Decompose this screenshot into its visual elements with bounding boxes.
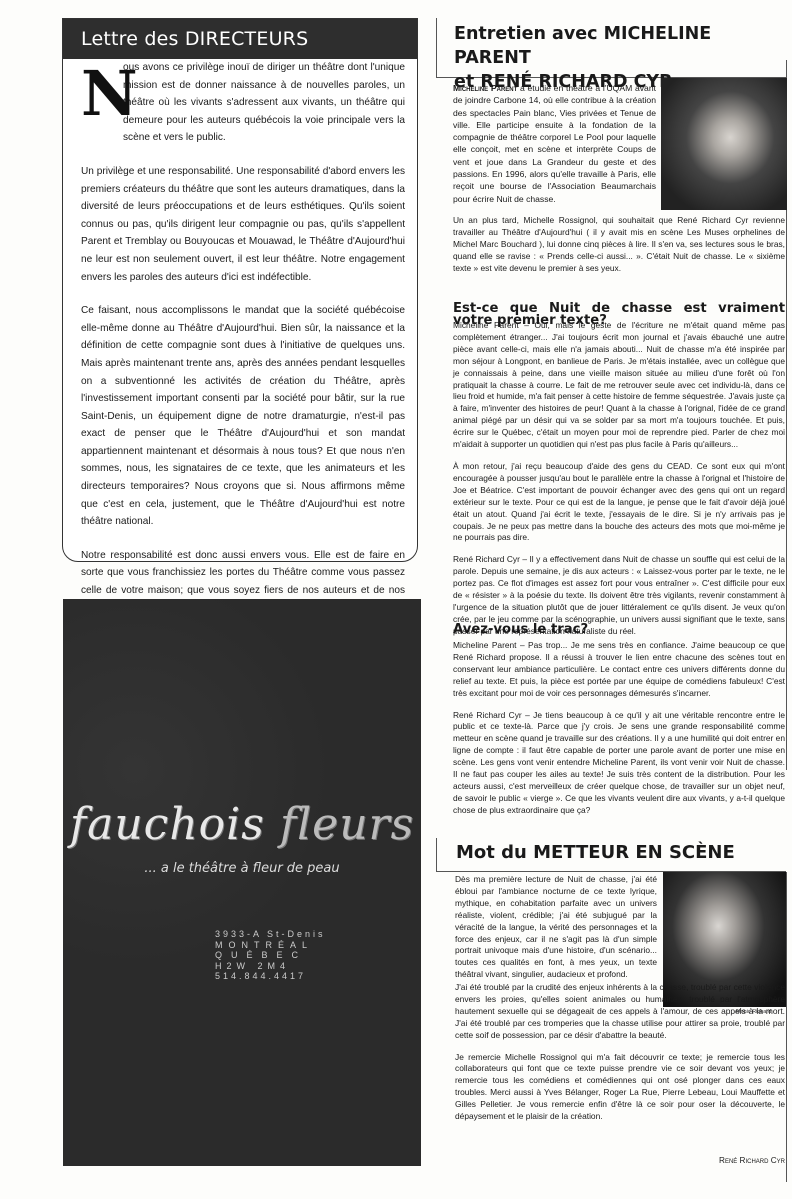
metteur-frame-border xyxy=(786,872,787,1182)
interview-intro: Un an plus tard, Michelle Rossignol, qui… xyxy=(453,215,785,275)
directors-letter: Lettre des DIRECTEURS N ous avons ce pri… xyxy=(62,18,418,562)
metteur-signature: René Richard Cyr xyxy=(455,1156,785,1165)
letter-body: N ous avons ce privilège inouï de dirige… xyxy=(63,59,417,668)
fauchois-fleurs-ad: fauchois fleurs ... a le théâtre à fleur… xyxy=(63,599,421,1166)
ad-address-postal: H2W 2M4 xyxy=(215,961,326,972)
question-2: Avez-vous le trac? xyxy=(453,624,785,636)
letter-paragraph-3: Ce faisant, nous accomplissons le mandat… xyxy=(81,302,405,531)
metteur-title: Mot du METTEUR EN SCÈNE xyxy=(436,838,786,872)
metteur-paragraphs-2-3: J'ai été troublé par la crudité des enje… xyxy=(455,982,785,1133)
letter-paragraph-1: N ous avons ce privilège inouï de dirige… xyxy=(81,59,405,147)
ad-address-province: Québec xyxy=(215,950,326,961)
letter-paragraph-1-text: ous avons ce privilège inouï de diriger … xyxy=(123,62,405,143)
bio-text: a étudié en théâtre à l'UQAM avant de jo… xyxy=(453,83,656,204)
interview-title-line-1: Entretien avec MICHELINE PARENT xyxy=(454,22,786,70)
ad-logo: fauchois fleurs xyxy=(63,799,421,850)
drop-cap: N xyxy=(81,61,138,127)
answer-paragraph: René Richard Cyr – Je tiens beaucoup à c… xyxy=(453,710,785,817)
ad-address: 3933-A St-Denis Montréal Québec H2W 2M4 … xyxy=(215,929,326,982)
letter-paragraph-2: Un privilège et une responsabilité. Une … xyxy=(81,163,405,286)
answers-2: Micheline Parent – Pas trop... Je me sen… xyxy=(453,640,785,827)
answer-paragraph: À mon retour, j'ai reçu beaucoup d'aide … xyxy=(453,461,785,544)
right-column: Entretien avec MICHELINE PARENT et RENÉ … xyxy=(436,0,792,1199)
bio-name: Micheline Parent xyxy=(453,83,517,93)
metteur-paragraph-1: Dès ma première lecture de Nuit de chass… xyxy=(455,874,657,981)
ad-logo-word-2: fleurs xyxy=(280,799,414,850)
metteur-paragraph-3: Je remercie Michelle Rossignol qui m'a f… xyxy=(455,1052,785,1123)
metteur-paragraph-2: J'ai été troublé par la crudité des enje… xyxy=(455,982,785,1042)
ad-address-city: Montréal xyxy=(215,940,326,951)
answers-1: Micheline Parent – Oui, mais le geste de… xyxy=(453,320,785,648)
letter-title: Lettre des DIRECTEURS xyxy=(63,19,417,59)
ad-address-phone: 514.844.4417 xyxy=(215,971,326,982)
ad-tagline: ... a le théâtre à fleur de peau xyxy=(63,861,421,876)
micheline-bio: Micheline Parent a étudié en théâtre à l… xyxy=(453,82,656,205)
ad-logo-word-1: fauchois xyxy=(70,799,265,850)
micheline-parent-photo xyxy=(661,78,787,210)
ad-address-street: 3933-A St-Denis xyxy=(215,929,326,940)
interview-title: Entretien avec MICHELINE PARENT et RENÉ … xyxy=(436,18,786,78)
answer-paragraph: Micheline Parent – Oui, mais le geste de… xyxy=(453,320,785,451)
answer-paragraph: Micheline Parent – Pas trop... Je me sen… xyxy=(453,640,785,700)
